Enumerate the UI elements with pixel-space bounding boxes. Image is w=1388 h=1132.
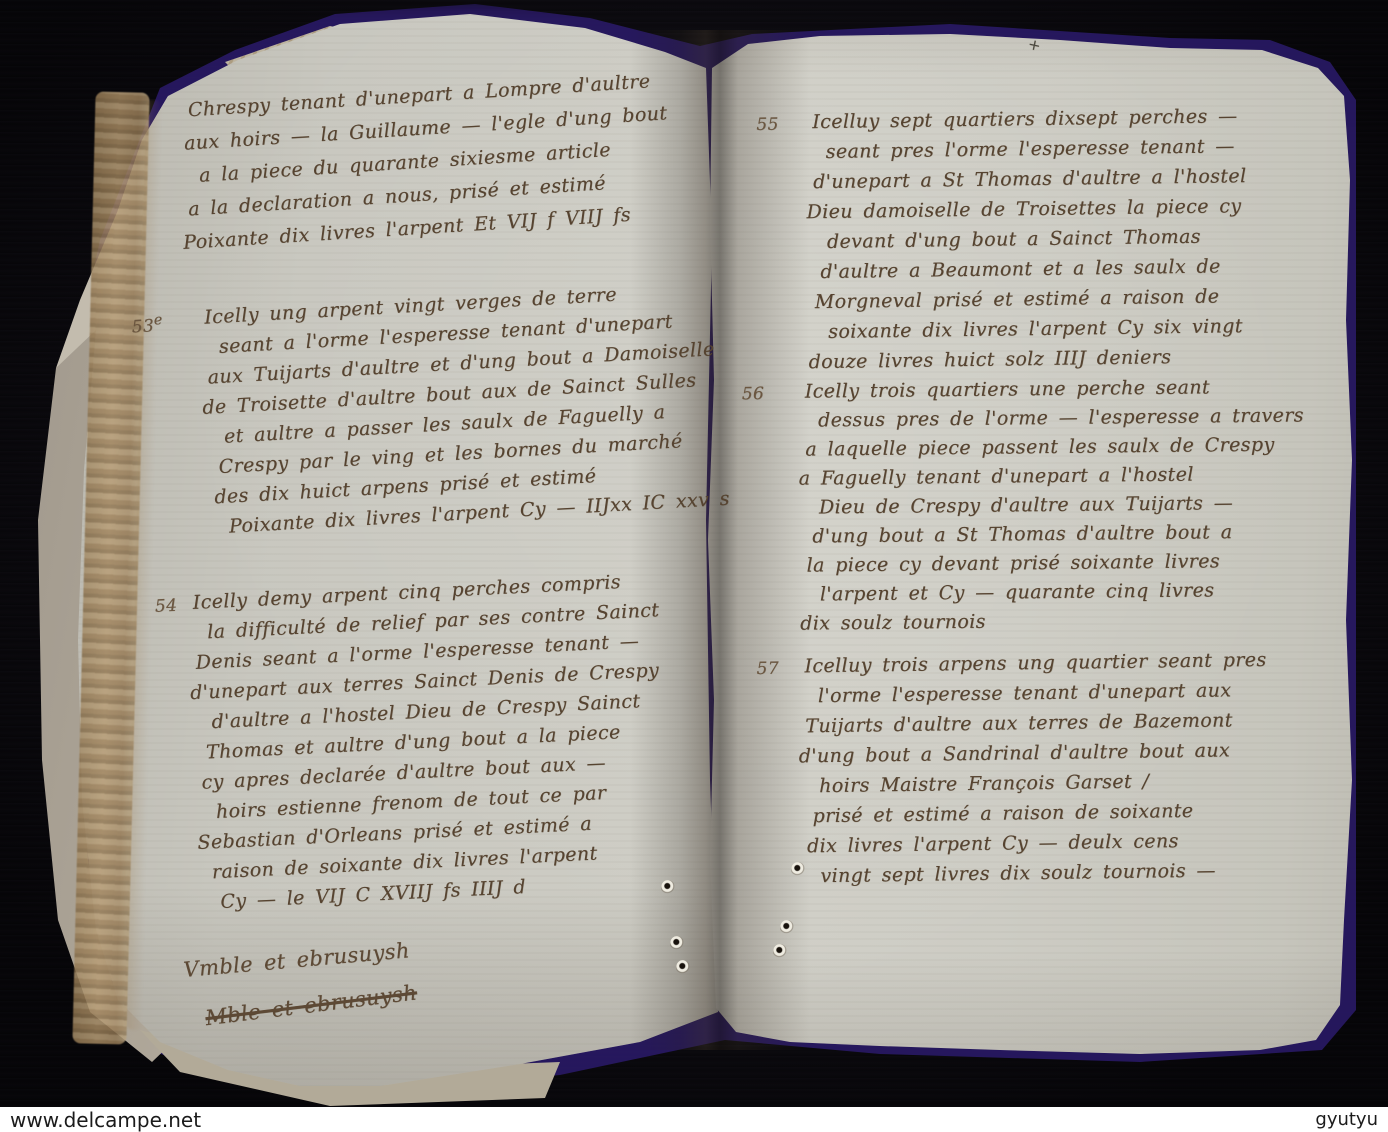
paragraph-number: 55	[756, 115, 779, 135]
photo-area: + Chrespy tenant d'unepart a Lompre d'au…	[0, 0, 1388, 1107]
photo-of-manuscript: + Chrespy tenant d'unepart a Lompre d'au…	[0, 0, 1388, 1132]
watermark-user-text: gyutyu	[1315, 1109, 1378, 1130]
paragraph-number: 57	[756, 659, 779, 679]
manuscript-line: dix soulz tournois	[800, 608, 1286, 642]
manuscript-paragraph: 56Icelly trois quartiers une perche sean…	[811, 375, 1300, 641]
manuscript-paragraph: Chrespy tenant d'unepart a Lompre d'ault…	[187, 69, 681, 264]
manuscript-paragraph: 57Icelluy trois arpens ung quartier sean…	[810, 649, 1275, 895]
watermark-strip: www.delcampe.net gyutyu	[0, 1107, 1388, 1132]
manuscript-line: vingt sept livres dix soulz tournois —	[820, 859, 1282, 895]
manuscript-text-layer: + Chrespy tenant d'unepart a Lompre d'au…	[0, 0, 1388, 1107]
paragraph-number: 56	[742, 384, 765, 404]
manuscript-paragraph: 55Icelluy sept quartiers dixsept perches…	[818, 105, 1257, 381]
paragraph-number: 54	[154, 596, 177, 617]
watermark-site-text: www.delcampe.net	[10, 1108, 201, 1132]
paragraph-number: 53e	[131, 312, 163, 337]
signature-block: Vmble et ebrusuyshMble et ebrusuysh	[182, 938, 416, 1049]
manuscript-paragraph: 54Icelly demy arpent cinq perches compri…	[198, 569, 683, 922]
manuscript-line: devant d'ung bout a Sainct Thomas	[827, 225, 1262, 261]
manuscript-paragraph: 53eIcelly ung arpent vingt verges de ter…	[210, 278, 730, 546]
corner-cross-mark: +	[1026, 35, 1042, 55]
manuscript-line: Dieu de Crespy d'aultre aux Tuijarts —	[819, 491, 1305, 525]
